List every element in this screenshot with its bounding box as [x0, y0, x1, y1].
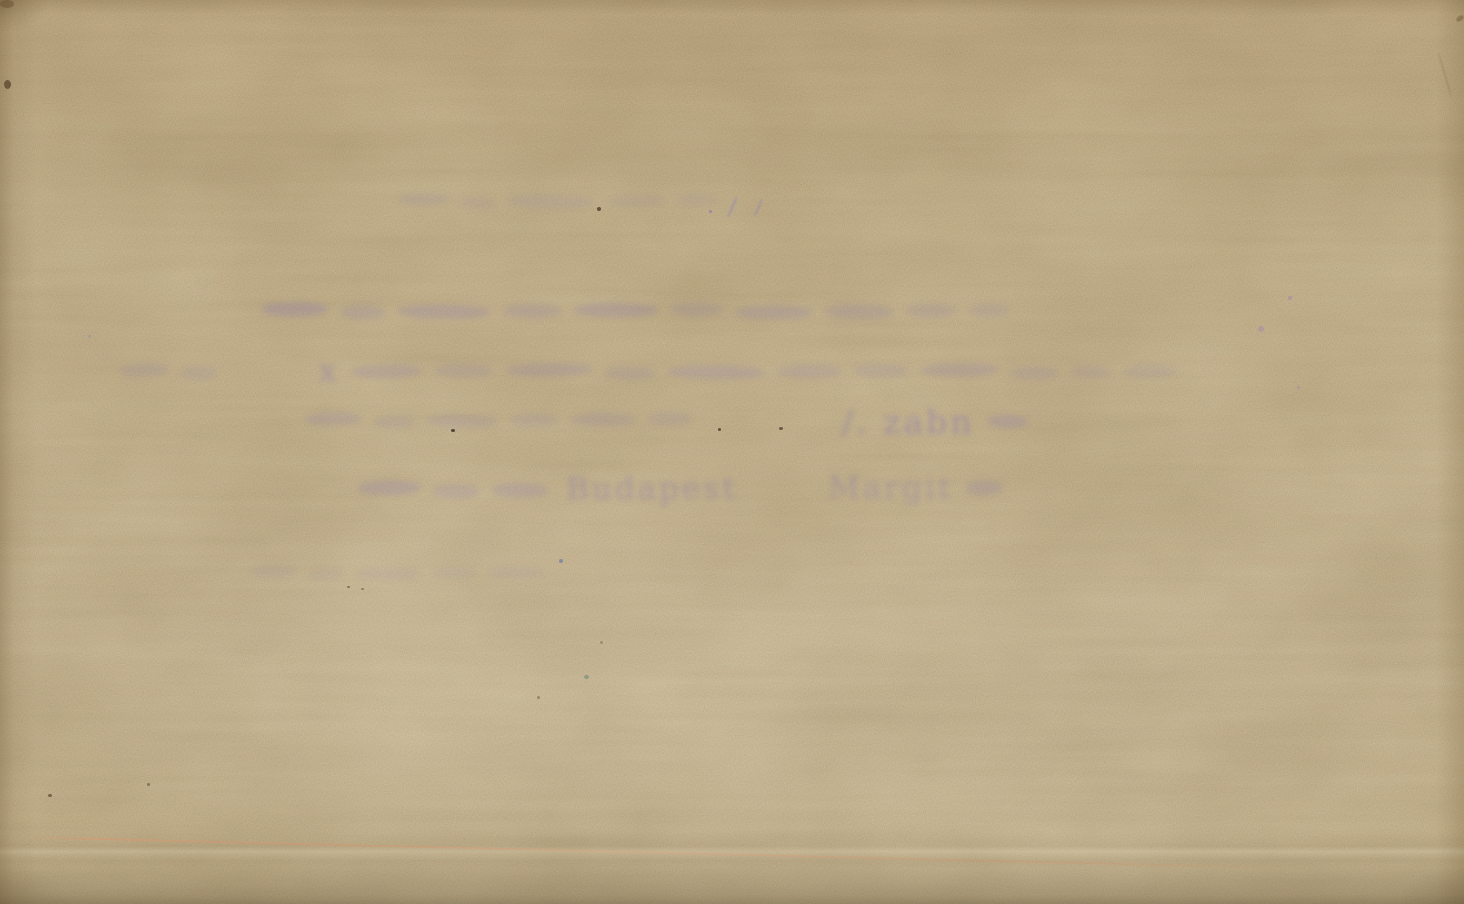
- ghost-word-blob: [1012, 366, 1058, 379]
- ghost-word-blob: [574, 302, 658, 317]
- ghost-text-line: x: [120, 356, 1189, 386]
- ghost-word-blob: [492, 482, 548, 498]
- ghost-word-blob: [605, 366, 655, 379]
- ghost-word-blob: [987, 415, 1027, 429]
- ghost-word-blob: [341, 305, 385, 319]
- ink-speck: [48, 794, 52, 797]
- ink-speck: [451, 429, 455, 432]
- ghost-word-blob: [358, 480, 420, 496]
- ghost-word-blob: [398, 304, 490, 319]
- ghost-word-blob: [120, 363, 168, 377]
- ghost-word-blob: [921, 362, 999, 376]
- ghost-word-blob: [461, 196, 495, 208]
- paper-grain-light-texture: [0, 0, 1464, 904]
- ink-speck: [718, 428, 721, 431]
- edge-and-fold-shading: [0, 0, 1464, 904]
- ghost-word-blob: [488, 566, 544, 578]
- ink-speck: [709, 210, 712, 213]
- ghost-text-fragment: x: [319, 357, 339, 387]
- ghost-word-blob: [262, 301, 328, 316]
- ghost-text-line: [262, 302, 1022, 318]
- ink-speck: [1288, 296, 1292, 300]
- ghost-text-line: BudapestMargit: [358, 474, 1015, 505]
- ink-speck: [0, 0, 14, 8]
- ghost-word-blob: [374, 416, 414, 429]
- ghost-word-blob: [510, 414, 558, 427]
- ink-speck: [347, 586, 350, 588]
- ink-speck: [88, 335, 91, 338]
- ghost-text-fragment: Margit: [828, 473, 953, 505]
- ghost-word-blob: [435, 363, 493, 376]
- ghost-word-blob: [250, 565, 296, 578]
- ink-speck: [779, 427, 783, 430]
- ghost-word-blob: [352, 364, 422, 377]
- ghost-word-blob: [181, 366, 217, 379]
- ghost-word-blob: [906, 303, 956, 317]
- ink-bleed-through-layer: x/. zabnBudapestMargit: [0, 0, 1464, 904]
- ghost-word-blob: [1124, 364, 1176, 377]
- ink-speck: [1297, 386, 1300, 389]
- ghost-word-blob: [854, 364, 908, 377]
- ghost-word-blob: [966, 480, 1002, 496]
- ghost-text-line: [398, 192, 731, 208]
- ink-speck: [147, 783, 150, 786]
- ghost-word-blob: [678, 194, 718, 206]
- ghost-text-line: [250, 564, 557, 580]
- ghost-word-blob: [571, 413, 635, 426]
- ink-speck: [1438, 53, 1453, 98]
- ghost-word-blob: [668, 365, 764, 379]
- ink-speck: [727, 196, 739, 217]
- ghost-word-blob: [503, 303, 561, 317]
- ink-speck: [600, 641, 603, 644]
- ghost-word-blob: [427, 414, 497, 428]
- ghost-word-blob: [305, 412, 361, 426]
- ink-speck: [584, 675, 589, 679]
- ghost-word-blob: [356, 567, 420, 580]
- ghost-word-blob: [398, 193, 448, 206]
- ghost-word-blob: [648, 412, 692, 426]
- ink-speck: [1258, 326, 1264, 332]
- ghost-word-blob: [969, 303, 1009, 317]
- ghost-word-blob: [736, 305, 812, 319]
- paper-sheet: Scanned blank verso of an aged, yellowed…: [0, 0, 1464, 904]
- paper-grain-dark-texture: [0, 0, 1464, 904]
- ink-speck: [559, 559, 563, 563]
- ghost-word-blob: [825, 304, 893, 319]
- ghost-text-fragment: /. zabn: [842, 406, 975, 439]
- ghost-text-line: /. zabn: [305, 404, 1041, 437]
- ghost-word-blob: [607, 194, 665, 206]
- paper-fiber-streaks-texture: [0, 0, 1464, 904]
- ink-speck: [537, 696, 540, 699]
- ghost-text-fragment: Budapest: [566, 473, 738, 505]
- ghost-word-blob: [433, 484, 479, 499]
- ghost-word-blob: [1071, 365, 1111, 379]
- paper-mottling-texture: [0, 0, 1464, 904]
- ink-speck: [361, 588, 364, 590]
- crease-line: [16, 836, 1302, 869]
- specks-layer: [0, 0, 1464, 904]
- ink-speck: [597, 207, 601, 211]
- ghost-word-blob: [506, 362, 592, 376]
- ink-speck: [4, 80, 11, 89]
- ghost-word-blob: [433, 566, 475, 578]
- ghost-word-blob: [777, 364, 841, 377]
- ghost-word-blob: [309, 568, 343, 580]
- ink-speck: [1455, 14, 1464, 23]
- ink-speck: [753, 198, 763, 217]
- ghost-word-blob: [671, 302, 723, 317]
- ghost-word-blob: [508, 195, 594, 208]
